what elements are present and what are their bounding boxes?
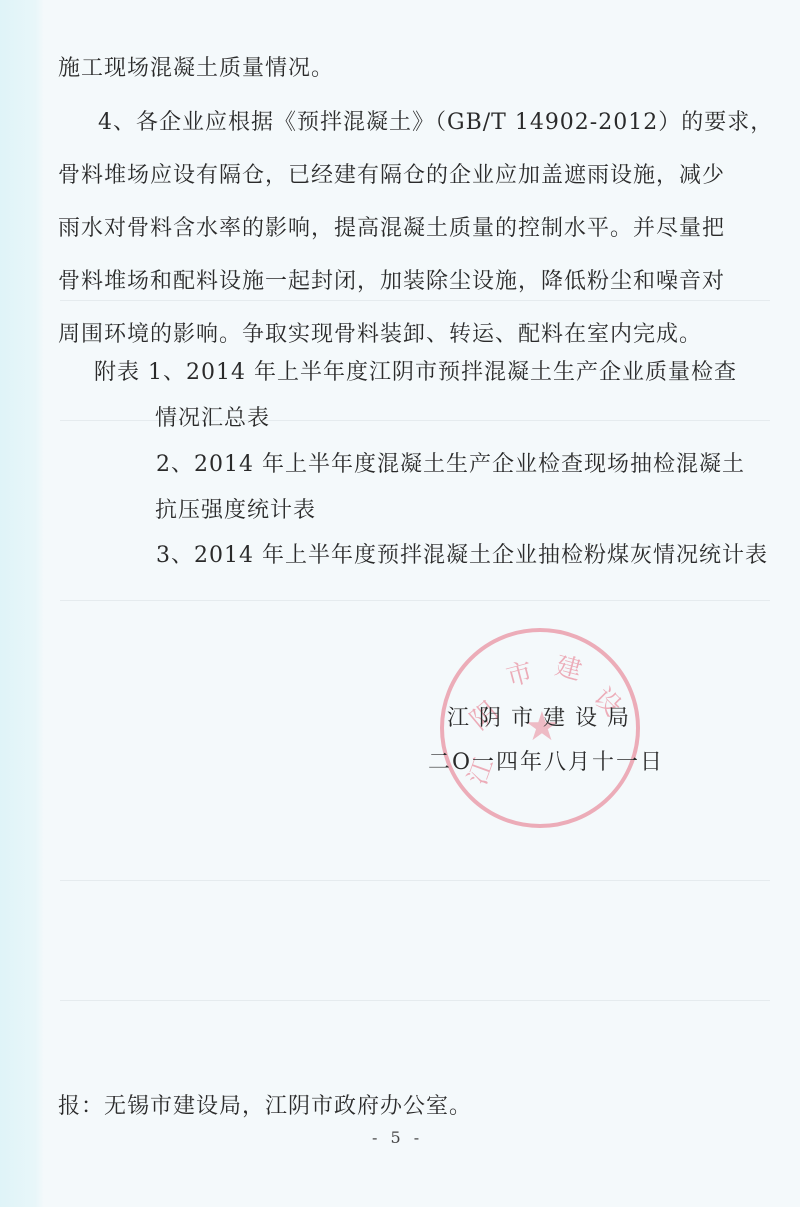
attachment-2-line-2: 抗压强度统计表: [155, 496, 316, 526]
scan-edge-band: [0, 0, 44, 1207]
issue-date: 二O一四年八月十一日: [428, 748, 664, 778]
issuer-name: 江阴市建设局: [447, 704, 639, 734]
seal-char: 市: [502, 651, 537, 693]
attachment-3-line-1: 3、2014 年上半年度预拌混凝土企业抽检粉煤灰情况统计表: [156, 541, 768, 571]
bleed-through-line: [60, 1000, 770, 1001]
item4-line-4: 骨料堆场和配料设施一起封闭，加装除尘设施，降低粉尘和噪音对: [58, 267, 725, 297]
attachment-1-line-2: 情况汇总表: [155, 404, 270, 434]
bleed-through-line: [60, 600, 770, 601]
paragraph-tail: 施工现场混凝土质量情况。: [58, 54, 334, 84]
item4-line-1: 4、各企业应根据《预拌混凝土》（GB/T 14902-2012）的要求，: [98, 108, 773, 138]
bleed-through-line: [60, 880, 770, 881]
item4-line-3: 雨水对骨料含水率的影响，提高混凝土质量的控制水平。并尽量把: [58, 214, 725, 244]
report-recipients: 报：无锡市建设局，江阴市政府办公室。: [58, 1092, 472, 1122]
attachment-2-line-1: 2、2014 年上半年度混凝土生产企业检查现场抽检混凝土: [156, 450, 745, 480]
attachment-1-line-1: 附表 1、2014 年上半年度江阴市预拌混凝土生产企业质量检查: [94, 358, 737, 388]
item4-line-2: 骨料堆场应设有隔仓，已经建有隔仓的企业应加盖遮雨设施，减少: [58, 161, 725, 191]
bleed-through-line: [60, 300, 770, 301]
page-number: - 5 -: [372, 1128, 423, 1147]
seal-char: 建: [552, 645, 587, 687]
item4-line-5: 周围环境的影响。争取实现骨料装卸、转运、配料在室内完成。: [58, 320, 702, 350]
